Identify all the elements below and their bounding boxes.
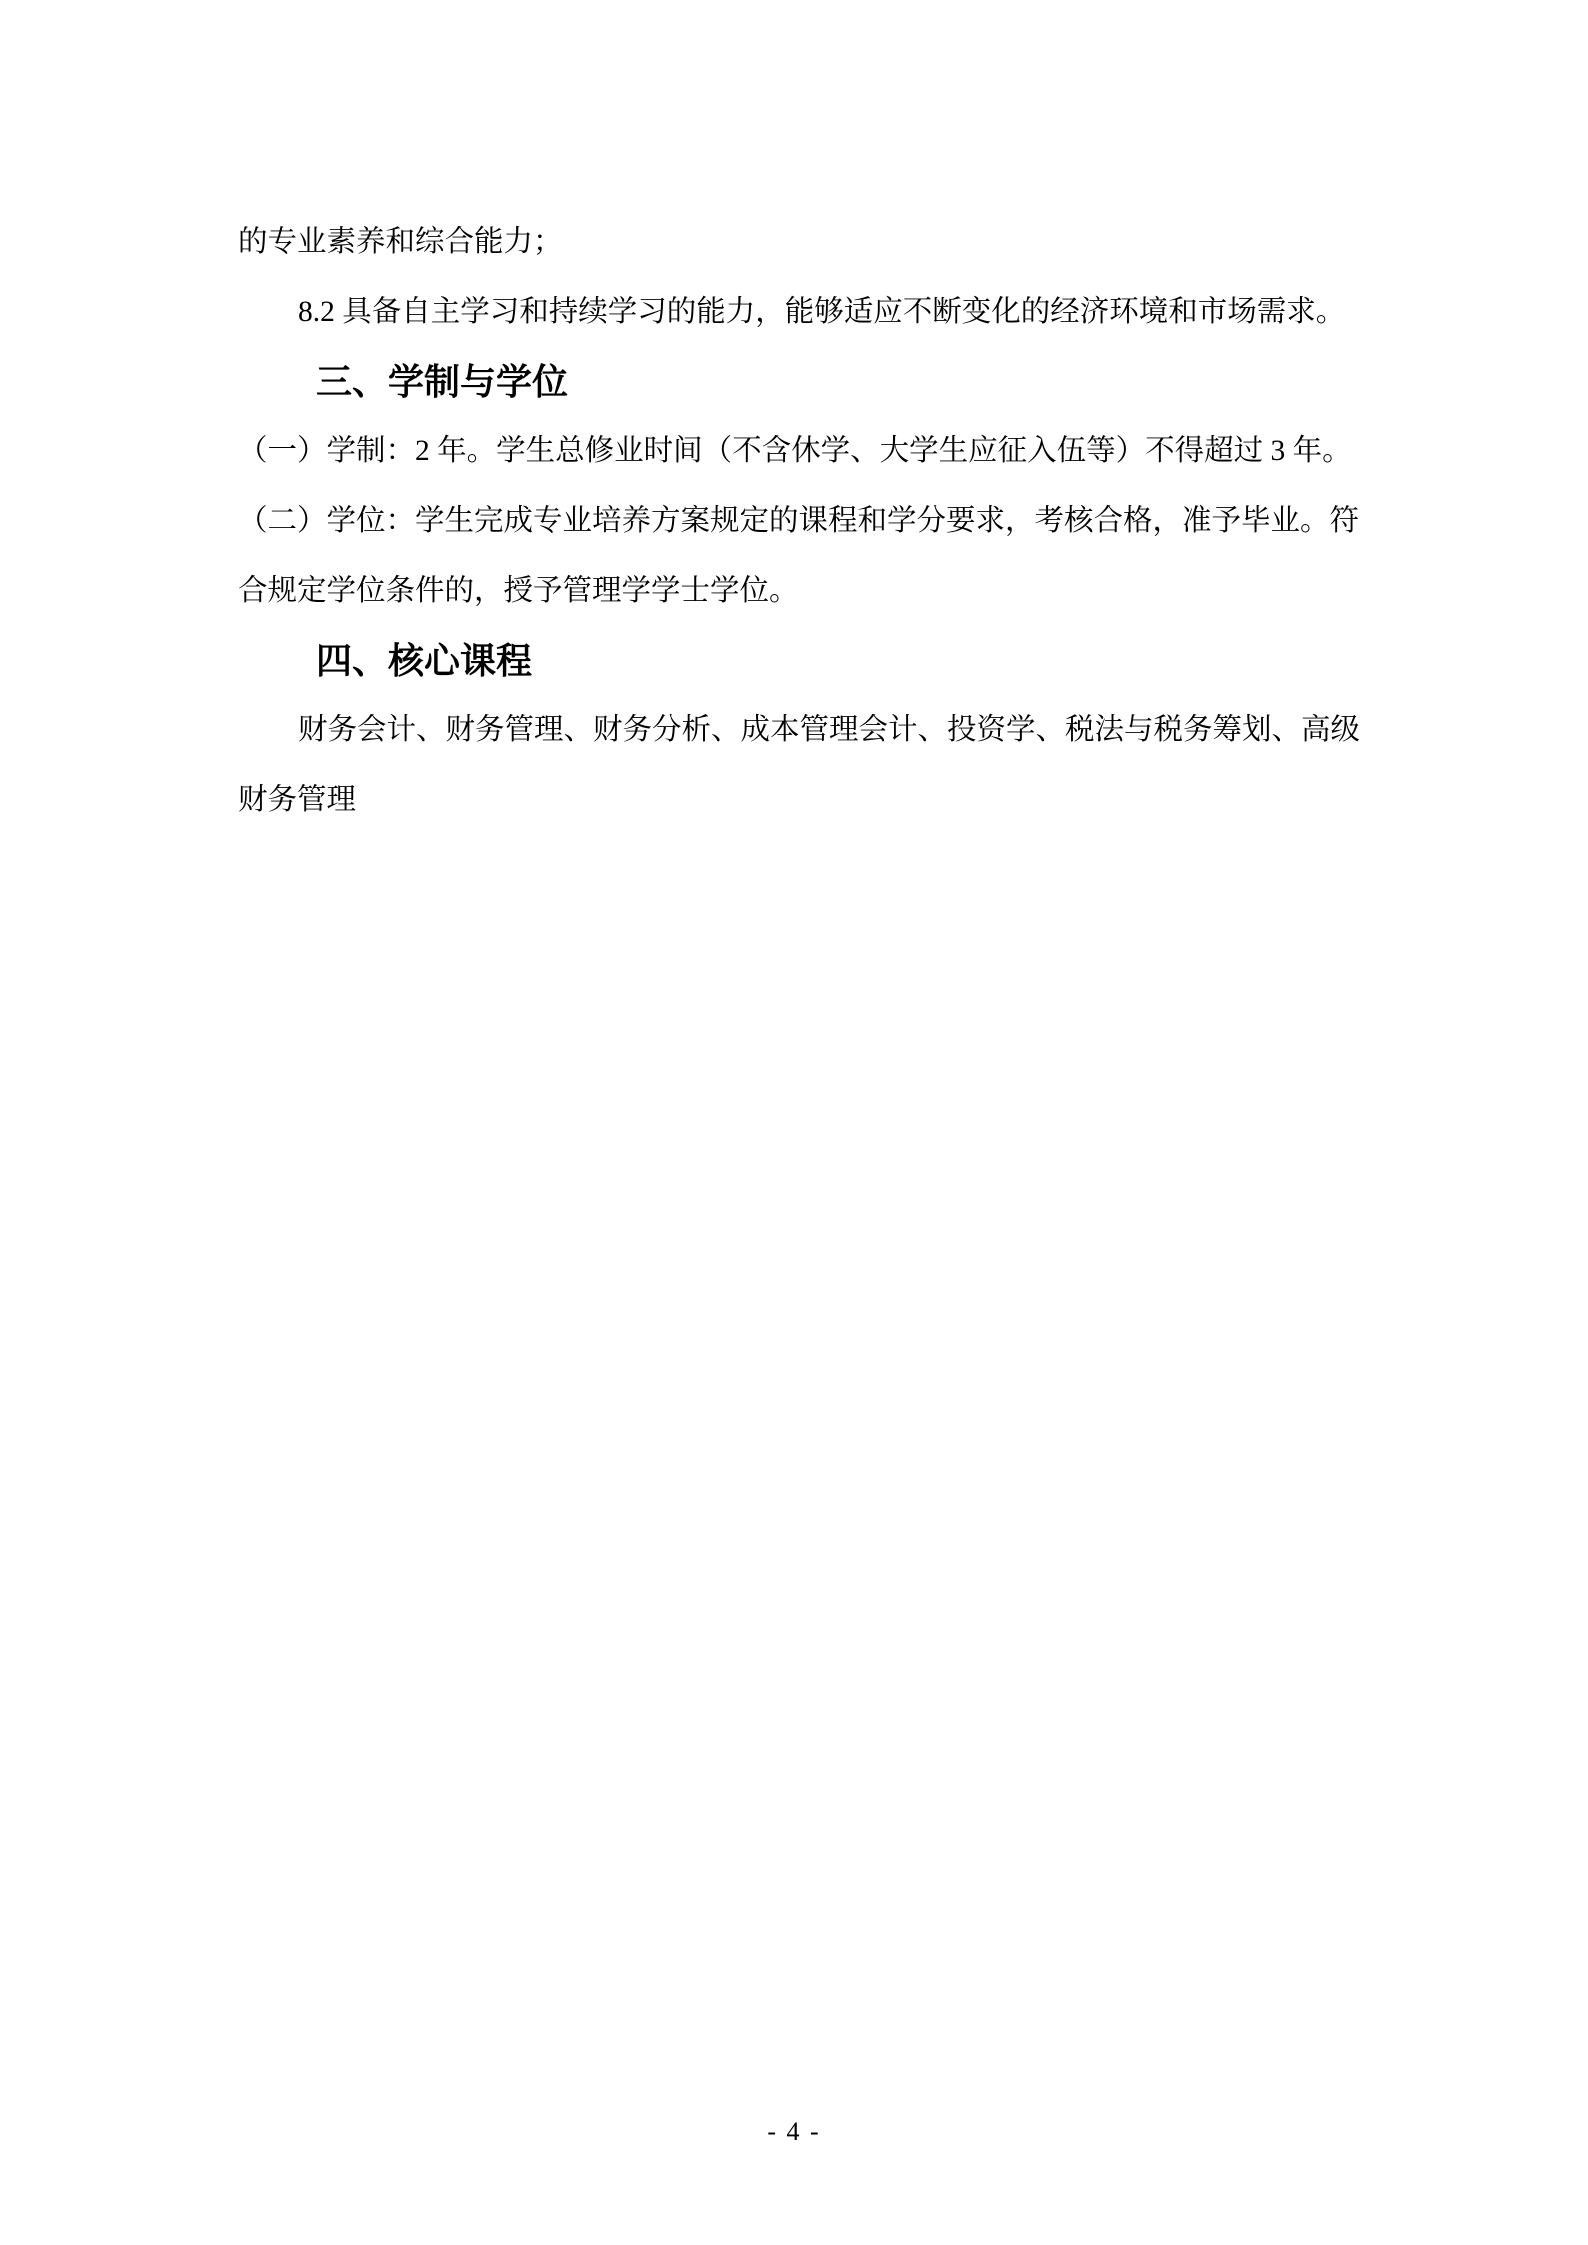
document-body: 的专业素养和综合能力；8.2 具备自主学习和持续学习的能力，能够适应不断变化的经…	[238, 208, 1354, 835]
text-line: 合规定学位条件的，授予管理学学士学位。	[238, 557, 1354, 627]
text-line: 8.2 具备自主学习和持续学习的能力，能够适应不断变化的经济环境和市场需求。	[238, 278, 1354, 348]
text-line: 财务会计、财务管理、财务分析、成本管理会计、投资学、税法与税务筹划、高级	[238, 696, 1354, 766]
text-line: 财务管理	[238, 766, 1354, 836]
page-number: - 4 -	[767, 2117, 820, 2146]
page-footer: - 4 -	[0, 2112, 1588, 2152]
text-line: （一）学制：2 年。学生总修业时间（不含休学、大学生应征入伍等）不得超过 3 年…	[238, 417, 1354, 487]
text-line: （二）学位：学生完成专业培养方案规定的课程和学分要求，考核合格，准予毕业。符	[238, 487, 1354, 557]
document-page: 的专业素养和综合能力；8.2 具备自主学习和持续学习的能力，能够适应不断变化的经…	[0, 0, 1588, 2245]
section-heading: 三、学制与学位	[238, 347, 1354, 417]
section-heading: 四、核心课程	[238, 626, 1354, 696]
text-line: 的专业素养和综合能力；	[238, 208, 1354, 278]
